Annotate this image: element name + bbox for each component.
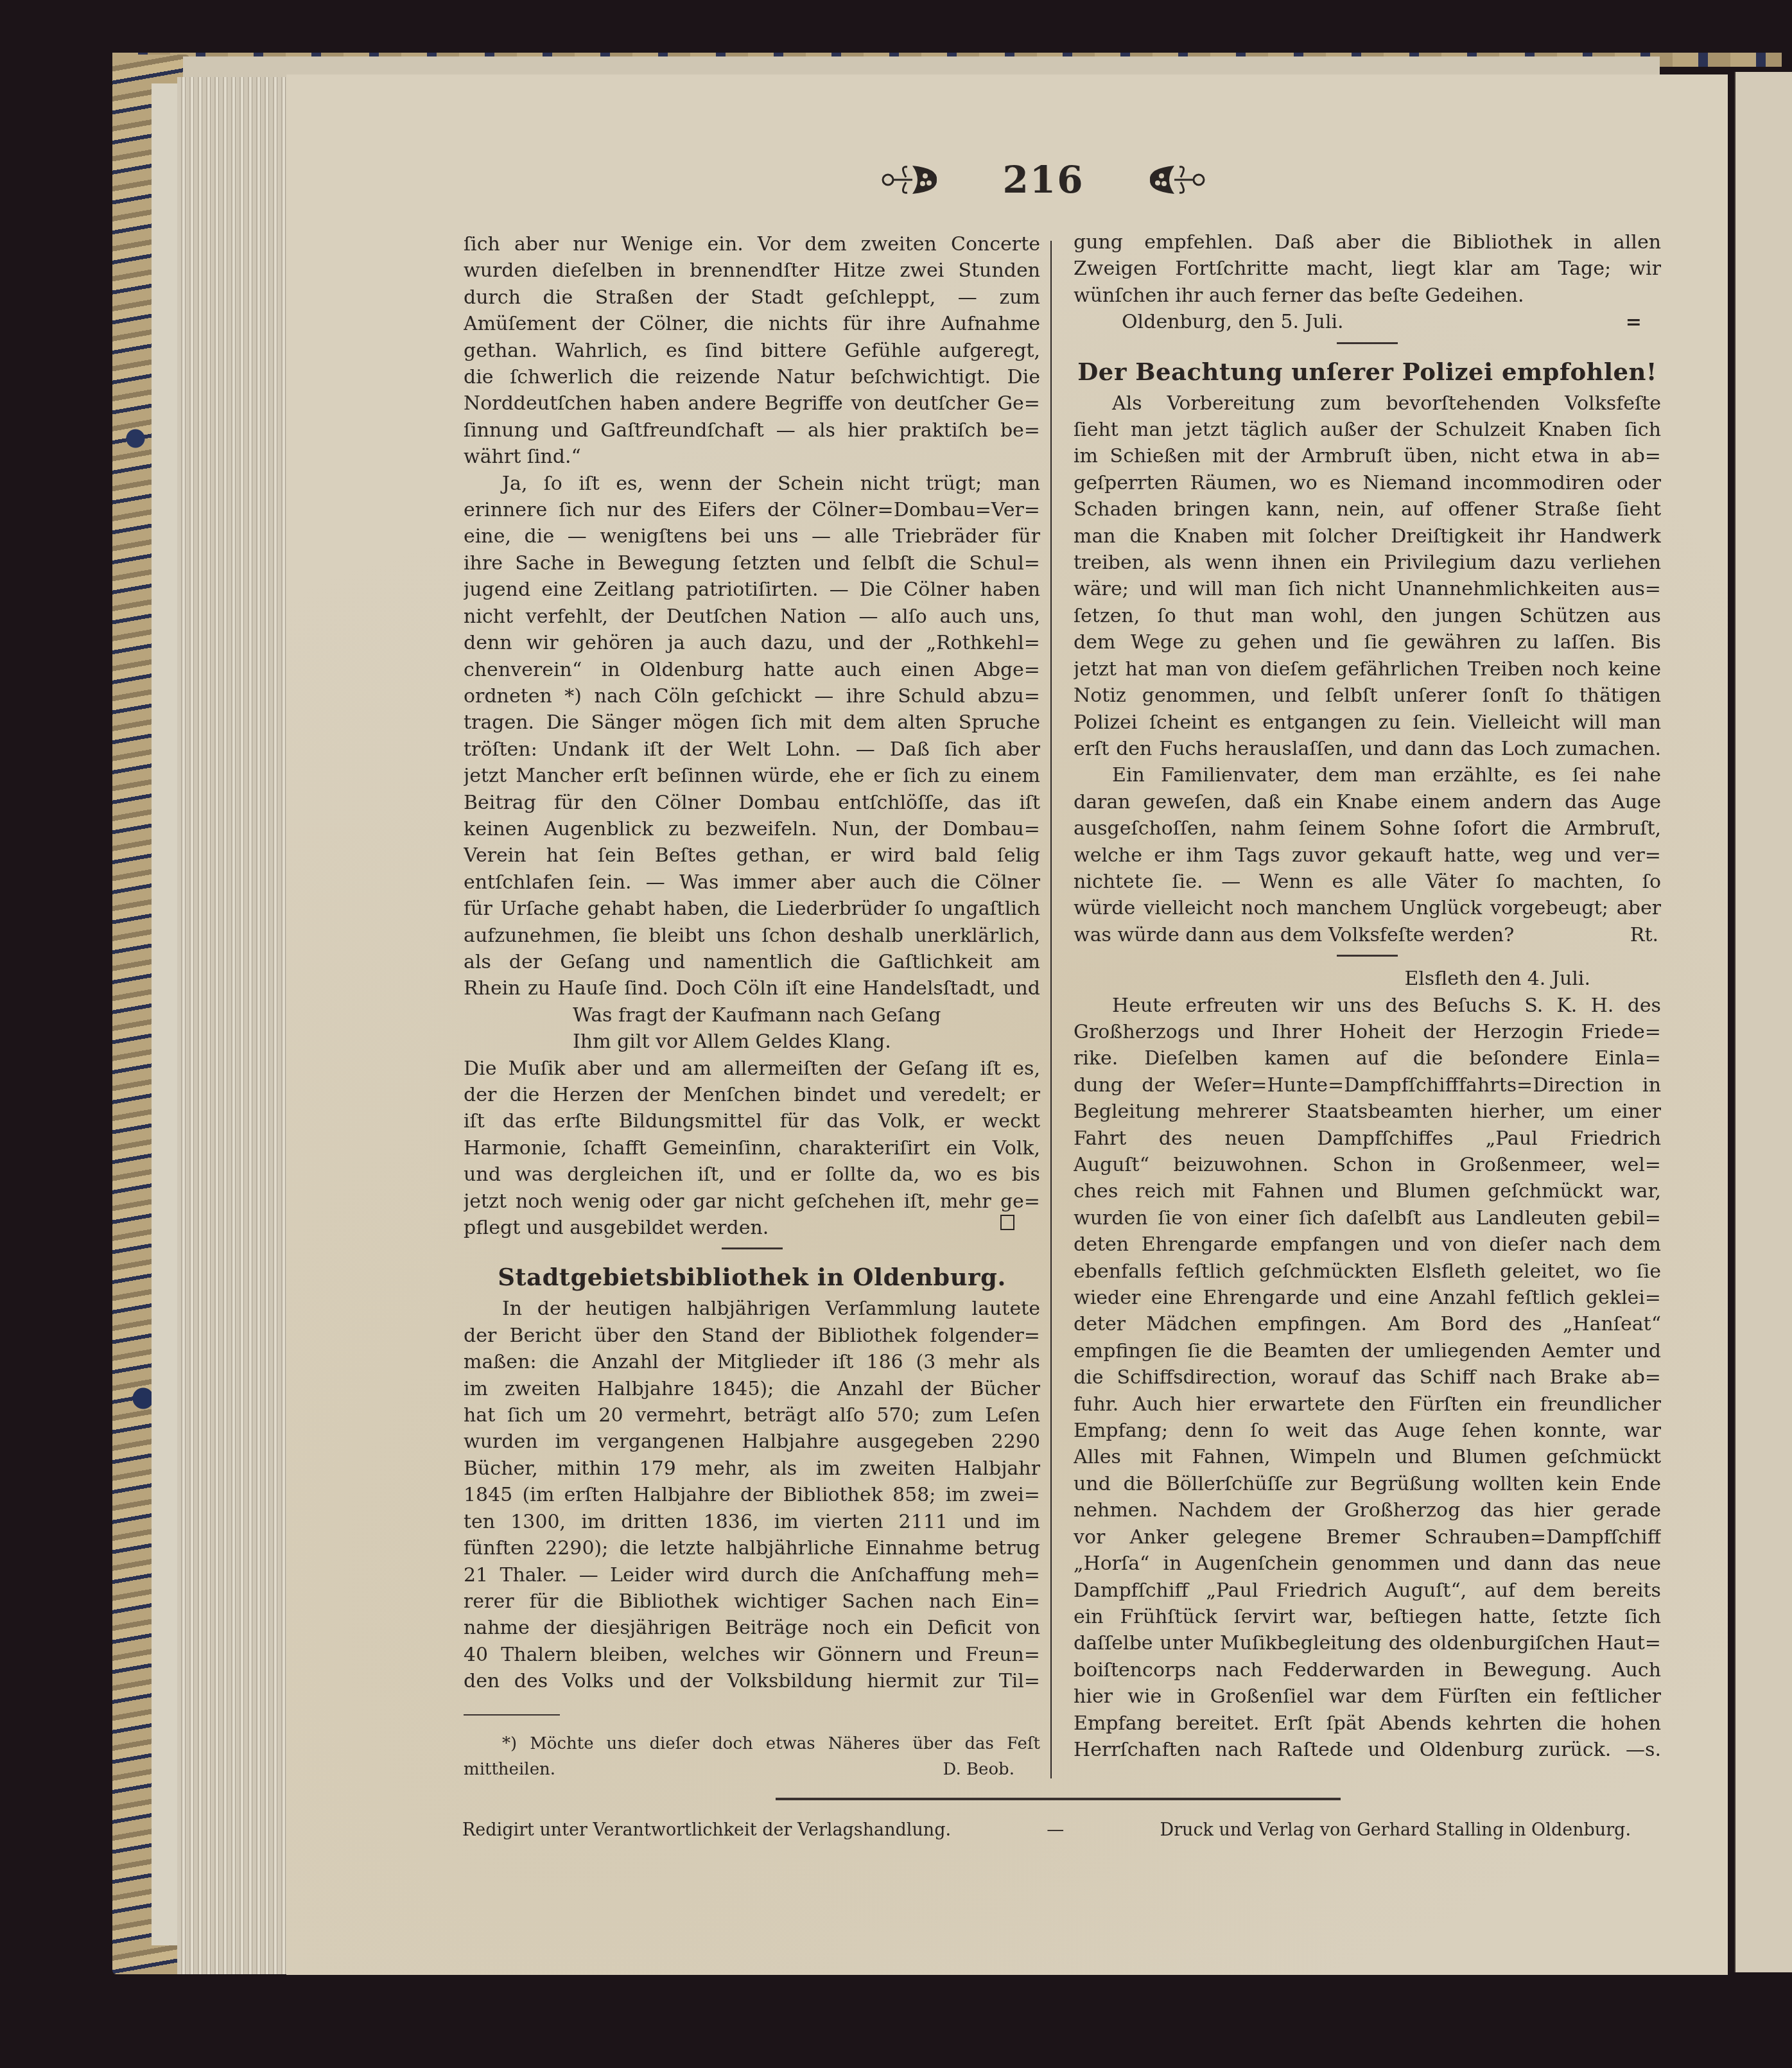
text-line: der Bericht über den Stand der Bibliothe… <box>464 1323 1040 1349</box>
text-line: ſinnung und Gaſtfreundſchaft — als hier … <box>464 417 1040 444</box>
text-line: Schaden bringen kann, nein, auf offener … <box>1074 496 1661 523</box>
text-line: 21 Thaler. — Leider wird durch die Anſch… <box>464 1562 1040 1588</box>
article-headline: Der Beachtung unſerer Polizei empfohlen! <box>1074 353 1661 390</box>
text-line: hat ſich um 20 vermehrt, beträgt alſo 57… <box>464 1402 1040 1429</box>
library-article-continuation: gung empfehlen. Daß aber die Bibliothek … <box>1074 229 1661 336</box>
text-fragment: pflegt und ausgebildet werden. <box>464 1215 769 1241</box>
author-mark: = <box>1626 309 1642 335</box>
text-line: daſſelbe unter Muſikbegleitung des olden… <box>1074 1630 1661 1656</box>
text-fragment: was würde dann aus dem Volksfeſte werden… <box>1074 922 1514 948</box>
text-line: rike. Dieſelben kamen auf die beſondere … <box>1074 1045 1661 1072</box>
imprint-line: Redigirt unter Verantwortlichkeit der Ve… <box>462 1820 1631 1840</box>
text-line: ebenfalls feſtlich geſchmückten Elsfleth… <box>1074 1258 1661 1285</box>
text-line: Auguſt“ beizuwohnen. Schon in Großenmeer… <box>1074 1152 1661 1178</box>
next-page-edge <box>1735 72 1792 1972</box>
text-line: nehmen. Nachdem der Großherzog das hier … <box>1074 1497 1661 1524</box>
text-line: „Horſa“ in Augenſchein genommen und dann… <box>1074 1551 1661 1577</box>
text-line: iſt das erſte Bildungsmittel für das Vol… <box>464 1108 1040 1134</box>
footnote: *) Möchte uns dieſer doch etwas Näheres … <box>464 1731 1040 1782</box>
text-line: vor Anker gelegene Bremer Schrauben=Damp… <box>1074 1524 1661 1551</box>
text-line: keinen Augenblick zu bezweifeln. Nun, de… <box>464 816 1040 842</box>
article-separator <box>722 1247 783 1249</box>
text-line: 40 Thalern bleiben, welches wir Gönnern … <box>464 1642 1040 1668</box>
dateline: Oldenburg, den 5. Juli. = <box>1074 309 1661 335</box>
text-line: wurden dieſelben in brennendſter Hitze z… <box>464 257 1040 284</box>
text-line: Großherzogs und Ihrer Hoheit der Herzogi… <box>1074 1019 1661 1045</box>
text-line: Herrſchaften nach Raſtede und Oldenburg … <box>1074 1737 1661 1763</box>
text-line: aufzunehmen, ſie bleibt uns ſchon deshal… <box>464 923 1040 949</box>
imprint-editor: Redigirt unter Verantwortlichkeit der Ve… <box>462 1820 951 1840</box>
text-line: Rhein zu Hauſe ſind. Doch Cöln iſt eine … <box>464 975 1040 1002</box>
text-line: ſich aber nur Wenige ein. Vor dem zweite… <box>464 231 1040 257</box>
text-line: jetzt Mancher erſt beſinnen würde, ehe e… <box>464 763 1040 789</box>
text-line: empfingen ſie die Beamten der umliegende… <box>1074 1338 1661 1364</box>
text-line: entſchlafen ſein. — Was immer aber auch … <box>464 869 1040 896</box>
text-line: wäre; und will man ſich nicht Unannehmli… <box>1074 576 1661 602</box>
footnote-signature: D. Beob. <box>943 1757 1014 1782</box>
text-line: hier wie in Großenſiel war dem Fürſten e… <box>1074 1683 1661 1710</box>
text-line: ihre Sache in Bewegung ſetzten und ſelbſ… <box>464 550 1040 577</box>
imprint-dash: — <box>1047 1820 1064 1840</box>
text-line: tröſten: Undank iſt der Welt Lohn. — Daß… <box>464 736 1040 763</box>
left-column: ſich aber nur Wenige ein. Vor dem zweite… <box>464 231 1040 1782</box>
author-signature: Rt. <box>1630 922 1658 948</box>
text-line: die Schiffsdirection, worauf das Schiff … <box>1074 1364 1661 1391</box>
article-elsfleth: Elsfleth den 4. Juli. Heute erfreuten wi… <box>1074 966 1661 1763</box>
paragraph: Die Muſik aber und am allermeiſten der G… <box>464 1056 1040 1242</box>
footer-rule <box>776 1798 1341 1800</box>
text-line: Notiz genommen, und ſelbſt unſerer ſonſt… <box>1074 682 1661 709</box>
dateline-text: Oldenburg, den 5. Juli. <box>1122 309 1344 335</box>
imprint-publisher: Druck und Verlag von Gerhard Stalling in… <box>1160 1820 1631 1840</box>
footnote-rule <box>464 1714 560 1716</box>
text-line: Polizei ſcheint es entgangen zu ſein. Vi… <box>1074 709 1661 736</box>
text-line: nicht verfehlt, der Deutſchen Nation — a… <box>464 604 1040 630</box>
text-line: Amüſement der Cölner, die nichts für ihr… <box>464 311 1040 337</box>
text-line: pflegt und ausgebildet werden. <box>464 1215 1040 1241</box>
text-line: Dampfſchiff „Paul Friedrich Auguſt“, auf… <box>1074 1577 1661 1604</box>
text-line: welche er ihm Tags zuvor gekauft hatte, … <box>1074 842 1661 869</box>
text-line: erſt den Fuchs herauslaſſen, und dann da… <box>1074 736 1661 762</box>
text-line: Beitrag für den Cölner Dombau entſchlöſſ… <box>464 790 1040 816</box>
text-line: wieder eine Ehrengarde und eine Anzahl f… <box>1074 1285 1661 1311</box>
text-line: ordneten *) nach Cöln geſchickt — ihre S… <box>464 683 1040 709</box>
text-line: Fahrt des neuen Dampfſchiffes „Paul Frie… <box>1074 1125 1661 1152</box>
text-line: Begleitung mehrerer Staatsbeamten hierhe… <box>1074 1099 1661 1125</box>
text-line: jetzt noch wenig oder gar nicht geſchehe… <box>464 1188 1040 1215</box>
text-line: ſieht man jetzt täglich außer der Schulz… <box>1074 417 1661 443</box>
verse-quote: Was fragt der Kaufmann nach Geſang Ihm g… <box>464 1002 1040 1056</box>
text-line: die ſchwerlich die reizende Natur beſchw… <box>464 364 1040 390</box>
text-line: Ein Familienvater, dem man erzählte, es … <box>1074 762 1661 788</box>
text-line: erinnere ſich nur des Eifers der Cölner=… <box>464 497 1040 523</box>
text-line: dung der Weſer=Hunte=Dampfſchifffahrts=D… <box>1074 1072 1661 1099</box>
text-line: nahme der diesjährigen Beiträge noch ein… <box>464 1615 1040 1641</box>
verse-line: Was fragt der Kaufmann nach Geſang <box>464 1002 1040 1029</box>
text-line: daran geweſen, daß ein Knabe einem ander… <box>1074 789 1661 815</box>
text-line: geſperrten Räumen, wo es Niemand incommo… <box>1074 470 1661 496</box>
text-line: In der heutigen halbjährigen Verſammlung… <box>464 1296 1040 1322</box>
text-line: man die Knaben mit ſolcher Dreiſtigkeit … <box>1074 523 1661 550</box>
text-line: Verein hat ſein Beſtes gethan, er wird b… <box>464 842 1040 869</box>
text-line: Empfang bereitet. Erſt ſpät Abends kehrt… <box>1074 1710 1661 1737</box>
text-line: Ja, ſo iſt es, wenn der Schein nicht trü… <box>464 471 1040 497</box>
text-line: 1845 (im erſten Halbjahre der Bibliothek… <box>464 1482 1040 1508</box>
text-line: Bücher, mithin 179 mehr, als im zweiten … <box>464 1455 1040 1482</box>
text-line: treiben, als wenn ihnen ein Privilegium … <box>1074 550 1661 576</box>
text-line: fuhr. Auch hier erwartete den Fürſten ei… <box>1074 1391 1661 1418</box>
text-line: währt ſind.“ <box>464 444 1040 470</box>
end-mark-square-icon <box>1000 1215 1014 1230</box>
column-divider <box>1050 241 1052 1778</box>
text-line: ſetzen, ſo thut man wohl, den jungen Sch… <box>1074 603 1661 629</box>
text-line: nichtete ſie. — Wenn es alle Väter ſo ma… <box>1074 869 1661 895</box>
text-line: Als Vorbereitung zum bevorſtehenden Volk… <box>1074 390 1661 417</box>
text-line: und was dergleichen iſt, und er ſollte d… <box>464 1161 1040 1188</box>
text-line: als der Geſang und namentlich die Gaſtli… <box>464 949 1040 975</box>
text-line: chenverein“ in Oldenburg hatte auch eine… <box>464 657 1040 683</box>
text-line: jugend eine Zeitlang patriotiſirten. — D… <box>464 577 1040 603</box>
page-edges-stack <box>177 77 286 1974</box>
text-line: den des Volks und der Volksbildung hierm… <box>464 1668 1040 1694</box>
page-number: 216 <box>1002 158 1084 202</box>
text-line: für Urſache gehabt haben, die Liederbrüd… <box>464 896 1040 922</box>
footnote-line: *) Möchte uns dieſer doch etwas Näheres … <box>464 1731 1040 1757</box>
text-line: jetzt hat man von dieſem gefährlichen Tr… <box>1074 656 1661 682</box>
text-line: tragen. Die Sänger mögen ſich mit dem al… <box>464 709 1040 736</box>
text-line: dem Wege zu gehen und ſie gewähren zu la… <box>1074 629 1661 656</box>
text-line: Alles mit Fahnen, Wimpeln und Blumen geſ… <box>1074 1444 1661 1470</box>
text-line: wurden im vergangenen Halbjahre ausgegeb… <box>464 1429 1040 1455</box>
text-line: was würde dann aus dem Volksfeſte werden… <box>1074 922 1661 948</box>
paragraph: Ja, ſo iſt es, wenn der Schein nicht trü… <box>464 471 1040 1002</box>
text-line: der die Herzen der Menſchen bindet und v… <box>464 1082 1040 1108</box>
text-line: maßen: die Anzahl der Mitglieder iſt 186… <box>464 1349 1040 1375</box>
text-line: ches reich mit Fahnen und Blumen geſchmü… <box>1074 1178 1661 1204</box>
article-library: Stadtgebietsbibliothek in Oldenburg. In … <box>464 1258 1040 1694</box>
text-line: durch die Straßen der Stadt geſchleppt, … <box>464 284 1040 311</box>
text-line: Harmonie, ſchafft Gemeinſinn, charakteri… <box>464 1135 1040 1161</box>
verse-line: Ihm gilt vor Allem Geldes Klang. <box>464 1029 1040 1055</box>
text-line: boiſtencorps nach Fedderwarden in Bewegu… <box>1074 1657 1661 1683</box>
text-line: Norddeutſchen haben andere Begriffe von … <box>464 390 1040 417</box>
right-column: gung empfehlen. Daß aber die Bibliothek … <box>1074 229 1661 1763</box>
text-line: rerer für die Bibliothek wichtiger Sache… <box>464 1588 1040 1615</box>
text-line: deter Mädchen empfingen. Am Bord des „Ha… <box>1074 1311 1661 1337</box>
dateline: Elsfleth den 4. Juli. <box>1074 966 1661 992</box>
text-fragment: mittheilen. <box>464 1757 555 1782</box>
text-line: wünſchen ihr auch ferner das beſte Gedei… <box>1074 282 1661 309</box>
page-header: 216 <box>867 154 1220 205</box>
concert-article-continuation: ſich aber nur Wenige ein. Vor dem zweite… <box>464 231 1040 471</box>
text-line: fünften 2290); die letzte halbjährliche … <box>464 1535 1040 1561</box>
article-separator <box>1337 342 1398 344</box>
text-line: eine, die — wenigſtens bei uns — alle Tr… <box>464 523 1040 550</box>
text-line: ein Frühſtück ſervirt war, beſtiegen hat… <box>1074 1604 1661 1630</box>
text-line: Die Muſik aber und am allermeiſten der G… <box>464 1056 1040 1082</box>
text-line: wurden ſie von einer ſich daſelbſt aus L… <box>1074 1205 1661 1231</box>
text-line: deten Ehrengarde empfangen und von dieſe… <box>1074 1231 1661 1258</box>
text-line: Heute erfreuten wir uns des Beſuchs S. K… <box>1074 993 1661 1019</box>
endpaper <box>152 83 178 1945</box>
text-line: denn wir gehören ja auch dazu, und der „… <box>464 630 1040 656</box>
text-line: würde vielleicht noch manchem Unglück vo… <box>1074 895 1661 921</box>
text-line: gung empfehlen. Daß aber die Bibliothek … <box>1074 229 1661 256</box>
text-line: Empfang; denn ſo weit das Auge ſehen kon… <box>1074 1418 1661 1444</box>
article-headline: Stadtgebietsbibliothek in Oldenburg. <box>464 1258 1040 1296</box>
text-line: Zweigen Fortſchritte macht, liegt klar a… <box>1074 256 1661 282</box>
text-line: ausgeſchoſſen, nahm ſeinem Sohne ſofort … <box>1074 815 1661 842</box>
text-line: und die Böllerſchüſſe zur Begrüßung woll… <box>1074 1471 1661 1497</box>
text-line: gethan. Wahrlich, es ſind bittere Gefühl… <box>464 338 1040 364</box>
text-line: ten 1300, im dritten 1836, im vierten 21… <box>464 1509 1040 1535</box>
article-separator <box>1337 955 1398 957</box>
article-police: Der Beachtung unſerer Polizei empfohlen!… <box>1074 353 1661 949</box>
text-line: im zweiten Halbjahre 1845); die Anzahl d… <box>464 1376 1040 1402</box>
footnote-line: mittheilen. D. Beob. <box>464 1757 1040 1782</box>
text-line: im Schießen mit der Armbruſt üben, nicht… <box>1074 443 1661 469</box>
fleuron-right-icon <box>1142 162 1206 198</box>
fleuron-left-icon <box>880 162 944 198</box>
